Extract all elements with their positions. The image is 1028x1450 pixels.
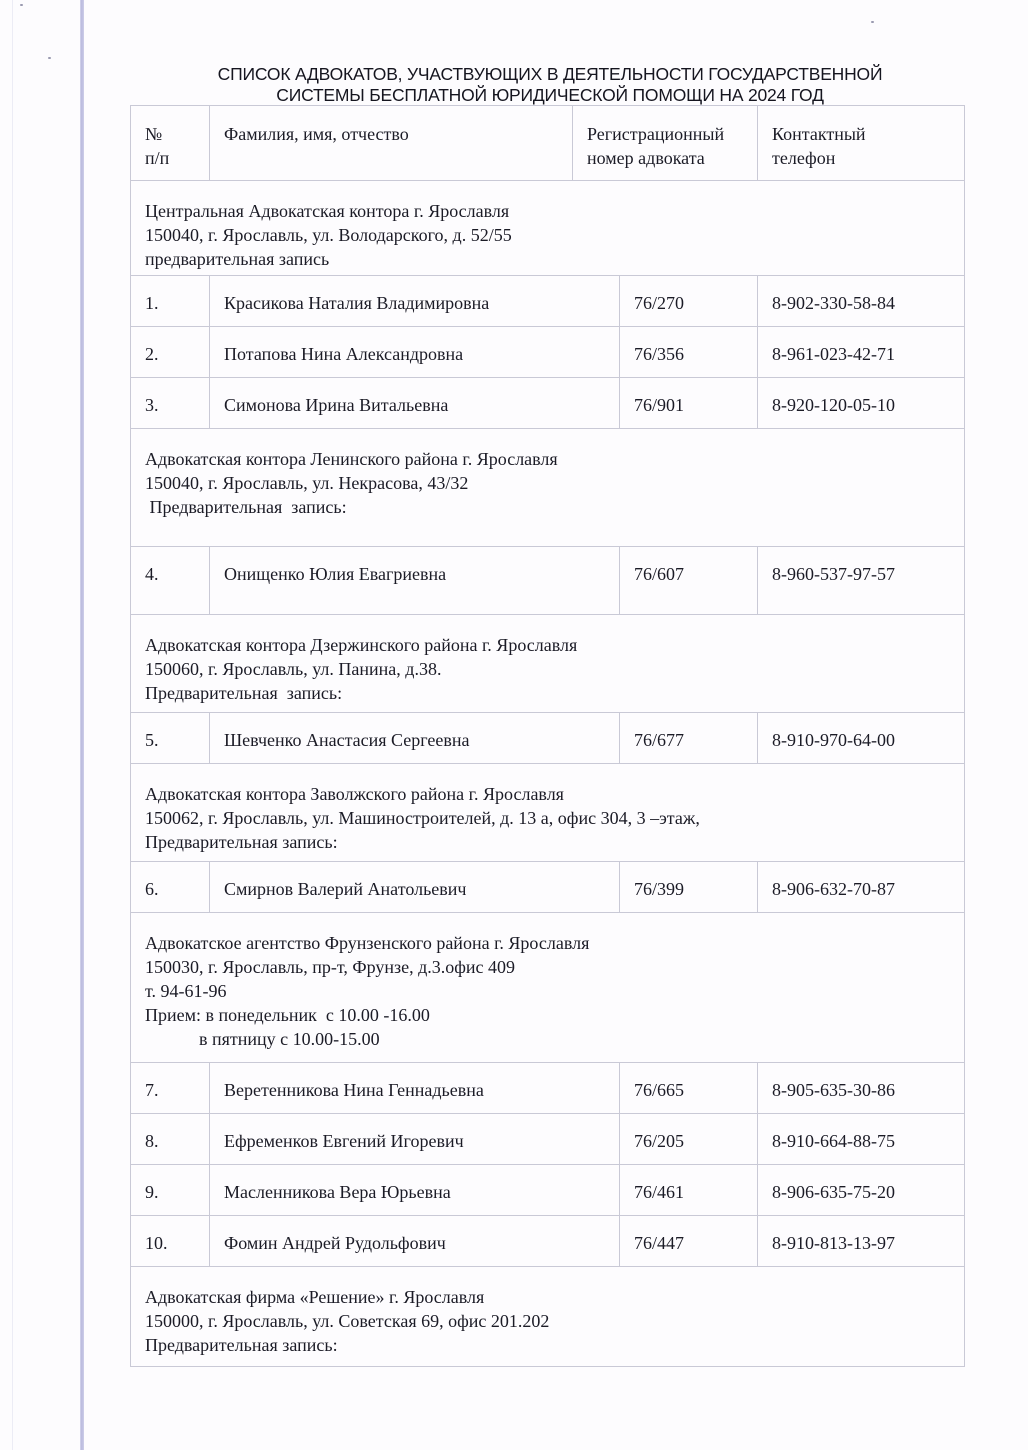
lawyer-name: Веретенникова Нина Геннадьевна xyxy=(209,1063,619,1113)
office-name: Адвокатская фирма «Решение» г. Ярославля xyxy=(145,1285,549,1309)
lawyer-reg-number: 76/461 xyxy=(619,1165,757,1215)
lawyer-phone: 8-905-635-30-86 xyxy=(757,1063,964,1113)
lawyer-reg-number: 76/677 xyxy=(619,713,757,763)
lawyer-name: Фомин Андрей Рудольфович xyxy=(209,1216,619,1266)
office-detail-line: 150030, г. Ярославль, пр-т, Фрунзе, д.3.… xyxy=(145,955,589,979)
scan-artifact-line xyxy=(12,0,13,1450)
lawyer-reg-number: 76/399 xyxy=(619,862,757,912)
lawyer-name: Онищенко Юлия Евагриевна xyxy=(209,547,619,614)
office-detail-line: Предварительная запись: xyxy=(145,830,700,854)
office-section-header: Адвокатская контора Заволжского района г… xyxy=(130,764,965,862)
title-line-1: СПИСОК АДВОКАТОВ, УЧАСТВУЮЩИХ В ДЕЯТЕЛЬН… xyxy=(150,64,950,85)
lawyers-table: № п/п Фамилия, имя, отчество Регистрацио… xyxy=(130,105,965,1367)
office-section-header: Адвокатская контора Ленинского района г.… xyxy=(130,429,965,547)
table-row: 10.Фомин Андрей Рудольфович76/4478-910-8… xyxy=(130,1216,965,1267)
lawyer-name: Ефременков Евгений Игоревич xyxy=(209,1114,619,1164)
lawyer-name: Шевченко Анастасия Сергеевна xyxy=(209,713,619,763)
table-row: 1.Красикова Наталия Владимировна76/2708-… xyxy=(130,276,965,327)
lawyer-phone: 8-910-970-64-00 xyxy=(757,713,964,763)
lawyer-number: 7. xyxy=(131,1063,209,1113)
office-info: Центральная Адвокатская контора г. Яросл… xyxy=(131,181,526,275)
table-row: 5.Шевченко Анастасия Сергеевна76/6778-91… xyxy=(130,713,965,764)
lawyer-reg-number: 76/901 xyxy=(619,378,757,428)
lawyer-number: 6. xyxy=(131,862,209,912)
office-detail-line: 150060, г. Ярославль, ул. Панина, д.38. xyxy=(145,657,577,681)
lawyer-number: 8. xyxy=(131,1114,209,1164)
office-detail-line: в пятницу с 10.00-15.00 xyxy=(145,1027,589,1051)
office-section-header: Адвокатская контора Дзержинского района … xyxy=(130,615,965,713)
lawyer-phone: 8-906-632-70-87 xyxy=(757,862,964,912)
office-name: Адвокатская контора Дзержинского района … xyxy=(145,633,577,657)
document-title: СПИСОК АДВОКАТОВ, УЧАСТВУЮЩИХ В ДЕЯТЕЛЬН… xyxy=(150,64,950,106)
table-row: 4.Онищенко Юлия Евагриевна76/6078-960-53… xyxy=(130,547,965,615)
lawyer-reg-number: 76/607 xyxy=(619,547,757,614)
lawyer-phone: 8-961-023-42-71 xyxy=(757,327,964,377)
lawyer-reg-number: 76/356 xyxy=(619,327,757,377)
office-detail-line: Предварительная запись: xyxy=(145,681,577,705)
table-row: 9.Масленникова Вера Юрьевна76/4618-906-6… xyxy=(130,1165,965,1216)
header-name: Фамилия, имя, отчество xyxy=(209,106,572,180)
office-info: Адвокатское агентство Фрунзенского район… xyxy=(131,913,603,1062)
office-detail-line: 150040, г. Ярославль, ул. Некрасова, 43/… xyxy=(145,471,558,495)
office-name: Адвокатское агентство Фрунзенского район… xyxy=(145,931,589,955)
lawyer-number: 4. xyxy=(131,547,209,614)
office-detail-line: Предварительная запись: xyxy=(145,1333,549,1357)
lawyer-number: 10. xyxy=(131,1216,209,1266)
office-detail-line: 150000, г. Ярославль, ул. Советская 69, … xyxy=(145,1309,549,1333)
table-row: 6.Смирнов Валерий Анатольевич76/3998-906… xyxy=(130,862,965,913)
lawyer-reg-number: 76/205 xyxy=(619,1114,757,1164)
table-row: 7.Веретенникова Нина Геннадьевна76/6658-… xyxy=(130,1063,965,1114)
lawyer-name: Красикова Наталия Владимировна xyxy=(209,276,619,326)
office-section-header: Адвокатская фирма «Решение» г. Ярославля… xyxy=(130,1267,965,1367)
lawyer-phone: 8-910-813-13-97 xyxy=(757,1216,964,1266)
lawyer-name: Потапова Нина Александровна xyxy=(209,327,619,377)
office-detail-line: предварительная запись xyxy=(145,247,512,271)
office-detail-line: 150040, г. Ярославль, ул. Володарского, … xyxy=(145,223,512,247)
lawyer-phone: 8-902-330-58-84 xyxy=(757,276,964,326)
office-detail-line: Предварительная запись: xyxy=(145,495,558,519)
table-row: 8.Ефременков Евгений Игоревич76/2058-910… xyxy=(130,1114,965,1165)
lawyer-number: 9. xyxy=(131,1165,209,1215)
table-row: 2.Потапова Нина Александровна76/3568-961… xyxy=(130,327,965,378)
header-phone: Контактный телефон xyxy=(757,106,964,180)
header-reg-number: Регистрационный номер адвоката xyxy=(572,106,757,180)
scan-speck xyxy=(871,21,874,23)
office-info: Адвокатская контора Заволжского района г… xyxy=(131,764,714,861)
table-row: 3.Симонова Ирина Витальевна76/9018-920-1… xyxy=(130,378,965,429)
scan-speck xyxy=(48,57,51,59)
lawyer-phone: 8-960-537-97-57 xyxy=(757,547,964,614)
office-section-header: Центральная Адвокатская контора г. Яросл… xyxy=(130,181,965,276)
scan-binding-edge xyxy=(80,0,84,1450)
lawyer-reg-number: 76/447 xyxy=(619,1216,757,1266)
office-detail-line: 150062, г. Ярославль, ул. Машиностроител… xyxy=(145,806,700,830)
lawyer-reg-number: 76/665 xyxy=(619,1063,757,1113)
lawyer-number: 5. xyxy=(131,713,209,763)
office-info: Адвокатская контора Дзержинского района … xyxy=(131,615,591,712)
office-name: Центральная Адвокатская контора г. Яросл… xyxy=(145,199,512,223)
lawyer-phone: 8-910-664-88-75 xyxy=(757,1114,964,1164)
header-number: № п/п xyxy=(131,106,209,180)
office-name: Адвокатская контора Ленинского района г.… xyxy=(145,447,558,471)
office-info: Адвокатская контора Ленинского района г.… xyxy=(131,429,572,546)
office-detail-line: Прием: в понедельник с 10.00 -16.00 xyxy=(145,1003,589,1027)
office-info: Адвокатская фирма «Решение» г. Ярославля… xyxy=(131,1267,563,1366)
lawyer-name: Смирнов Валерий Анатольевич xyxy=(209,862,619,912)
lawyer-number: 2. xyxy=(131,327,209,377)
lawyer-reg-number: 76/270 xyxy=(619,276,757,326)
lawyer-number: 1. xyxy=(131,276,209,326)
office-name: Адвокатская контора Заволжского района г… xyxy=(145,782,700,806)
lawyer-name: Симонова Ирина Витальевна xyxy=(209,378,619,428)
table-header-row: № п/п Фамилия, имя, отчество Регистрацио… xyxy=(130,105,965,181)
lawyer-name: Масленникова Вера Юрьевна xyxy=(209,1165,619,1215)
lawyer-number: 3. xyxy=(131,378,209,428)
title-line-2: СИСТЕМЫ БЕСПЛАТНОЙ ЮРИДИЧЕСКОЙ ПОМОЩИ НА… xyxy=(150,85,950,106)
lawyer-phone: 8-906-635-75-20 xyxy=(757,1165,964,1215)
lawyer-phone: 8-920-120-05-10 xyxy=(757,378,964,428)
office-detail-line: т. 94-61-96 xyxy=(145,979,589,1003)
scan-speck xyxy=(20,4,23,6)
office-section-header: Адвокатское агентство Фрунзенского район… xyxy=(130,913,965,1063)
